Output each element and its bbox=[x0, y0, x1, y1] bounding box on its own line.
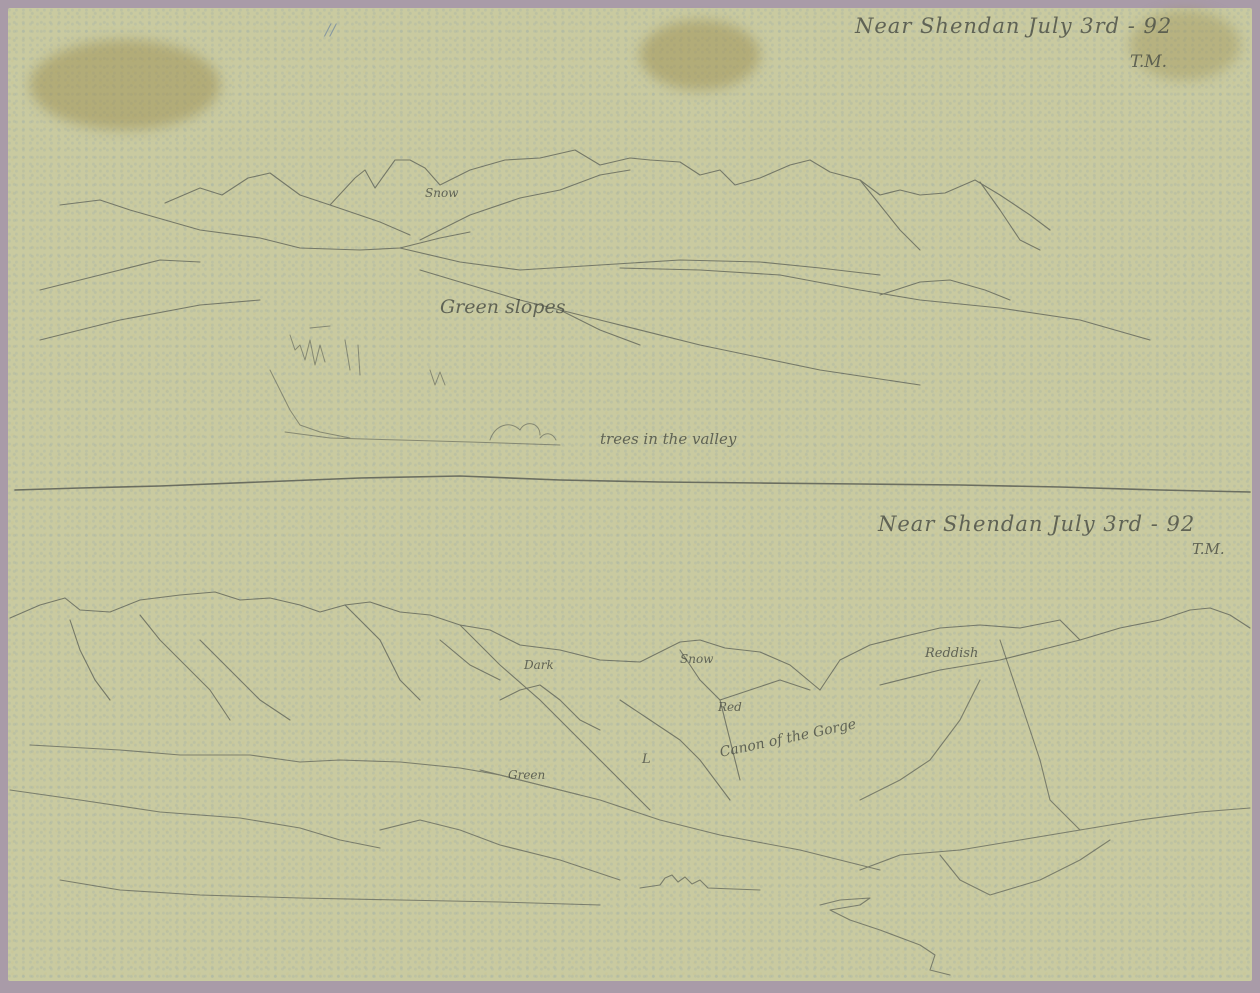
label-snow-lower: Snow bbox=[680, 652, 713, 666]
divider-line bbox=[15, 476, 1250, 492]
label-reddish: Reddish bbox=[925, 646, 978, 661]
upper-initials-text: T.M. bbox=[1130, 52, 1167, 72]
label-green: Green bbox=[508, 768, 545, 782]
pencil-drawing bbox=[0, 0, 1260, 993]
lower-inscription: Near Shendan July 3rd - 92 bbox=[878, 512, 1195, 536]
label-snow-upper: Snow bbox=[425, 186, 458, 200]
lower-inscription-text: Near Shendan July 3rd - 92 bbox=[878, 512, 1195, 536]
lower-initials: T.M. bbox=[1192, 540, 1225, 558]
label-red: Red bbox=[718, 700, 742, 714]
upper-initials: T.M. bbox=[1130, 52, 1167, 72]
upper-inscription-text: Near Shendan July 3rd - 92 bbox=[855, 14, 1172, 38]
label-trees-in-valley: trees in the valley bbox=[600, 430, 736, 448]
upper-mountain-range bbox=[40, 150, 1150, 385]
lower-initials-text: T.M. bbox=[1192, 540, 1225, 558]
lower-foreground bbox=[10, 640, 1250, 975]
lower-mountain-range bbox=[10, 592, 1250, 810]
label-dark: Dark bbox=[524, 658, 554, 672]
label-l: L bbox=[642, 752, 651, 767]
upper-foreground-scribbles bbox=[270, 326, 560, 445]
upper-inscription: Near Shendan July 3rd - 92 bbox=[855, 14, 1172, 38]
corner-mark: // bbox=[325, 20, 336, 39]
label-green-slopes: Green slopes bbox=[440, 296, 565, 318]
